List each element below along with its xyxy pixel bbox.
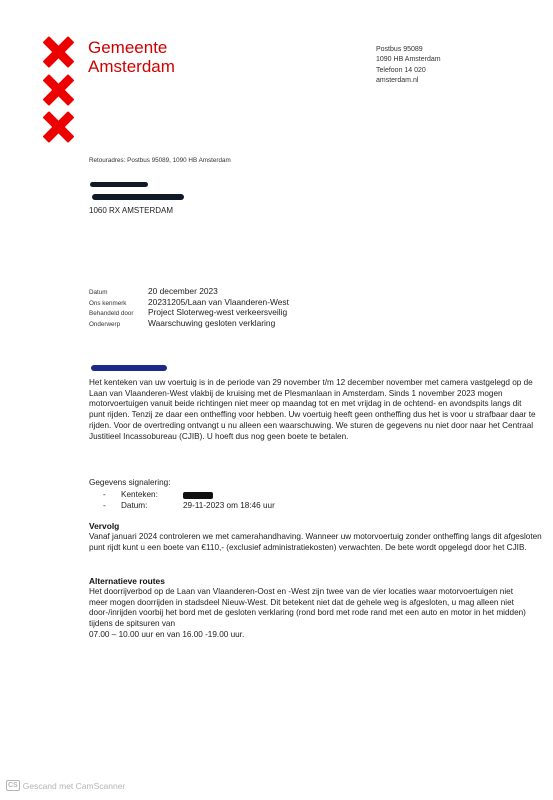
camscanner-logo-icon: CS [6,780,20,791]
section-text: Het doorrijverbod op de Laan van Vlaande… [89,587,529,630]
meta-value: Project Sloterweg-west verkeersveilig [148,307,287,317]
contact-block: Postbus 95089 1090 HB Amsterdam Telefoon… [376,45,441,86]
recipient-postal-city: 1060 RX AMSTERDAM [89,206,173,215]
andreas-cross-icon [43,37,73,67]
meta-label: Behandeld door [89,310,148,317]
meta-row-subject: Onderwerp Waarschuwing gesloten verklari… [89,318,289,329]
redacted-recipient-name [90,182,148,187]
postal-city: 1090 HB Amsterdam [376,55,441,65]
signalering-item-datum: - Datum: 29-11-2023 om 18:46 uur [89,501,389,512]
letter-meta: Datum 20 december 2023 Ons kenmerk 20231… [89,286,289,329]
section-hours: 07.00 – 10.00 uur en van 16.00 -19.00 uu… [89,630,544,641]
section-heading: Vervolg [89,521,544,532]
return-address: Retouradres: Postbus 95089, 1090 HB Amst… [89,157,231,164]
organization-name: Gemeente Amsterdam [88,38,175,76]
section-heading: Alternatieve routes [89,576,544,587]
meta-row-handled-by: Behandeld door Project Sloterweg-west ve… [89,307,289,318]
redacted-salutation [91,365,167,371]
redacted-recipient-street [92,194,184,200]
signalering-block: Gegevens signalering: - Kenteken: - Datu… [89,478,389,512]
postbus: Postbus 95089 [376,45,441,55]
meta-value: 20231205/Laan van Vlaanderen-West [148,297,289,307]
signalering-value: 29-11-2023 om 18:46 uur [183,501,275,512]
signalering-item-kenteken: - Kenteken: [89,490,389,501]
section-alternatieve-routes: Alternatieve routes Het doorrijverbod op… [89,576,544,641]
meta-label: Onderwerp [89,321,148,328]
redacted-license-plate [183,492,213,499]
scanner-label: Gescand met CamScanner [23,781,126,791]
meta-label: Datum [89,289,148,296]
org-name-line2: Amsterdam [88,57,175,76]
meta-row-reference: Ons kenmerk 20231205/Laan van Vlaanderen… [89,297,289,308]
meta-value: Waarschuwing gesloten verklaring [148,318,275,328]
scanner-watermark: CS Gescand met CamScanner [6,780,125,791]
andreas-cross-icon [43,112,73,142]
meta-label: Ons kenmerk [89,300,148,307]
section-text: Vanaf januari 2024 controleren we met ca… [89,532,544,553]
signalering-label: Kenteken: [121,490,183,501]
meta-value: 20 december 2023 [148,286,218,296]
website: amsterdam.nl [376,76,441,86]
andreas-cross-icon [43,75,73,105]
org-name-line1: Gemeente [88,38,175,57]
signalering-heading: Gegevens signalering: [89,478,389,489]
phone: Telefoon 14 020 [376,66,441,76]
intro-paragraph: Het kenteken van uw voertuig is in de pe… [89,378,539,442]
bullet: - [89,501,121,512]
section-vervolg: Vervolg Vanaf januari 2024 controleren w… [89,521,544,553]
bullet: - [89,490,121,501]
signalering-label: Datum: [121,501,183,512]
meta-row-date: Datum 20 december 2023 [89,286,289,297]
